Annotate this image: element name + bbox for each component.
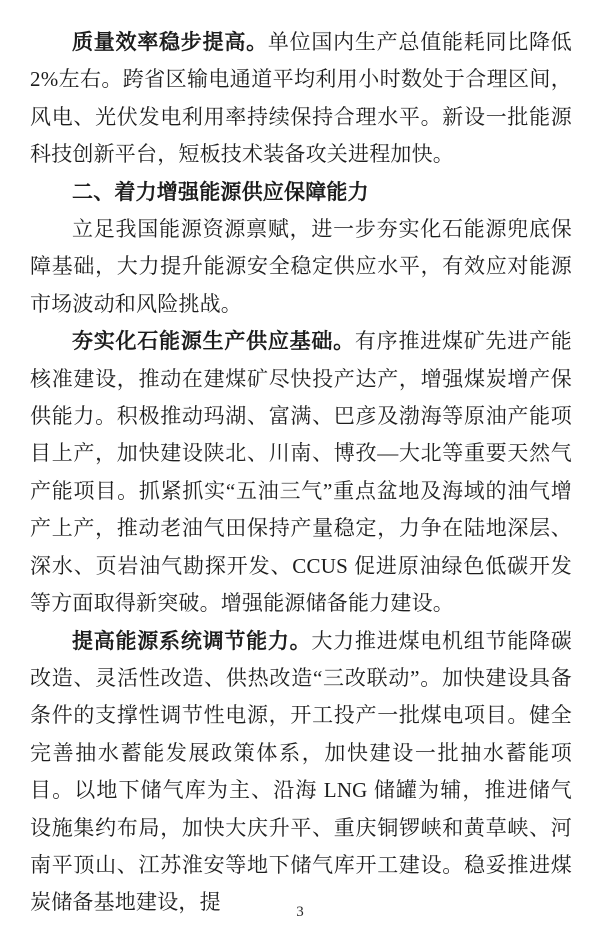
paragraph-lead: 夯实化石能源生产供应基础。	[72, 330, 355, 353]
paragraph-text: 大力推进煤电机组节能降碳改造、灵活性改造、供热改造“三改联动”。加快建设具备条件…	[30, 629, 572, 915]
paragraph: 提高能源系统调节能力。大力推进煤电机组节能降碳改造、灵活性改造、供热改造“三改联…	[30, 623, 572, 922]
paragraph-text: 有序推进煤矿先进产能核准建设，推动在建煤矿尽快投产达产，增强煤炭增产保供能力。积…	[30, 329, 572, 615]
document-body: 质量效率稳步提高。单位国内生产总值能耗同比降低2%左右。跨省区输电通道平均利用小…	[0, 0, 600, 922]
section-heading: 二、着力增强能源供应保障能力	[30, 174, 572, 211]
paragraph: 立足我国能源资源禀赋，进一步夯实化石能源兜底保障基础，大力提升能源安全稳定供应水…	[30, 211, 572, 323]
paragraph-text: 立足我国能源资源禀赋，进一步夯实化石能源兜底保障基础，大力提升能源安全稳定供应水…	[30, 217, 572, 316]
paragraph: 夯实化石能源生产供应基础。有序推进煤矿先进产能核准建设，推动在建煤矿尽快投产达产…	[30, 323, 572, 622]
paragraph-lead: 提高能源系统调节能力。	[72, 630, 311, 653]
page-number: 3	[296, 904, 304, 920]
page-footer: 3	[0, 904, 600, 921]
section-heading-text: 二、着力增强能源供应保障能力	[72, 181, 369, 204]
paragraph-lead: 质量效率稳步提高。	[72, 31, 268, 54]
paragraph: 质量效率稳步提高。单位国内生产总值能耗同比降低2%左右。跨省区输电通道平均利用小…	[30, 24, 572, 174]
document-page: 质量效率稳步提高。单位国内生产总值能耗同比降低2%左右。跨省区输电通道平均利用小…	[0, 0, 600, 935]
